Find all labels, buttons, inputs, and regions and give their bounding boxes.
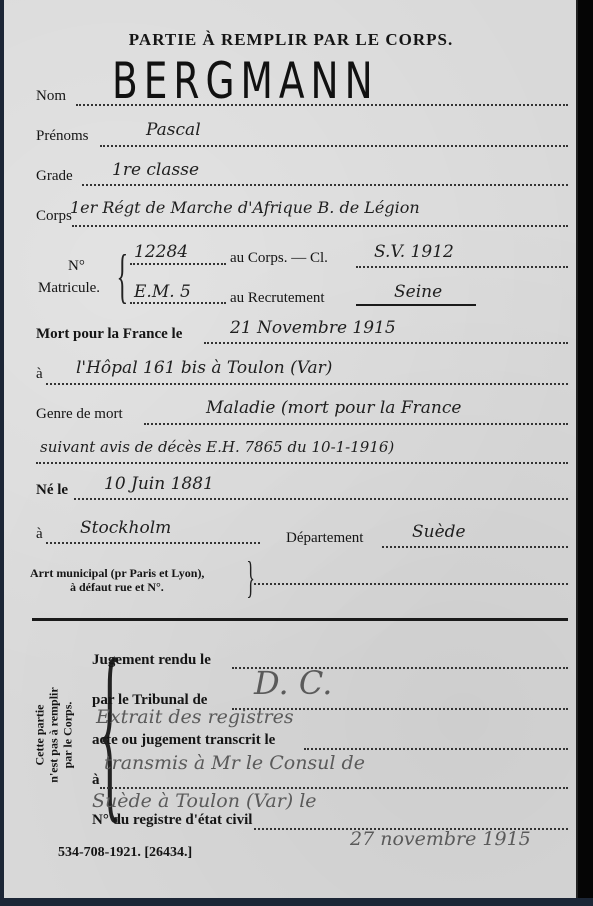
form-reference: 534-708-1921. [26434.] (58, 845, 192, 861)
ne-a-line (46, 542, 260, 544)
grade-label: Grade (36, 168, 73, 185)
corps-line (72, 225, 568, 227)
arrondissement-label-1: Arrt municipal (pr Paris et Lyon), (30, 566, 204, 581)
nom-label: Nom (36, 88, 66, 105)
departement-label: Département (286, 530, 363, 547)
jugement-label: Jugement rendu le (92, 652, 211, 669)
matricule-no-label: N° (68, 258, 85, 275)
genre-mort-line-2 (36, 462, 568, 464)
matricule-corps-label: au Corps. — Cl. (230, 250, 328, 267)
tribunal-value: D. C. (254, 664, 332, 702)
classe-line (356, 266, 568, 268)
form-header: PARTIE À REMPLIR PAR LE CORPS. (4, 30, 578, 50)
mort-a-label: à (36, 366, 43, 383)
ne-le-value: 10 Juin 1881 (104, 474, 214, 494)
genre-mort-label: Genre de mort (36, 406, 123, 423)
mort-le-label: Mort pour la France le (36, 326, 182, 343)
corps-value: 1er Régt de Marche d'Afrique B. de Légio… (70, 198, 420, 217)
mort-a-value: l'Hôpal 161 bis à Toulon (Var) (76, 358, 332, 378)
prenoms-line (100, 145, 568, 147)
prenoms-value: Pascal (146, 120, 201, 140)
matricule-label: Matricule. (38, 280, 100, 297)
death-record-card: PARTIE À REMPLIR PAR LE CORPS. Nom BERGM… (4, 0, 578, 898)
genre-mort-value-2: suivant avis de décès E.H. 7865 du 10-1-… (40, 438, 394, 456)
genre-mort-line (144, 423, 568, 425)
arrondissement-line (254, 583, 568, 585)
acte-value: Extrait des registres (96, 706, 294, 728)
departement-line (382, 546, 568, 548)
recrutement-no-value: E.M. 5 (134, 282, 191, 302)
mort-a-line (46, 383, 568, 385)
registre-label: N° du registre d'état civil (92, 812, 252, 829)
grade-value: 1re classe (112, 160, 199, 180)
acte-line (304, 748, 568, 750)
arrondissement-brace: } (246, 556, 254, 600)
side-note: Cette partie n'est pas à remplir par le … (24, 650, 84, 820)
recrutement-label: au Recrutement (230, 290, 325, 307)
recrutement-place: Seine (394, 282, 442, 302)
acte-label: acte ou jugement transcrit le (92, 732, 275, 749)
scan-edge (578, 0, 593, 898)
arrondissement-label-2: à défaut rue et N°. (70, 580, 164, 595)
classe-value: S.V. 1912 (374, 242, 454, 262)
a-continued: Suède à Toulon (Var) le (92, 790, 317, 812)
corps-label: Corps (36, 208, 72, 225)
prenoms-label: Prénoms (36, 128, 89, 145)
recrutement-no-line (130, 302, 226, 304)
ne-a-value: Stockholm (80, 518, 171, 538)
a-label: à (92, 772, 100, 789)
a-value: transmis à Mr le Consul de (104, 752, 365, 774)
date-note: 27 novembre 1915 (350, 828, 531, 850)
a-line (100, 787, 568, 789)
ne-le-label: Né le (36, 482, 68, 499)
recrutement-line (356, 304, 476, 306)
grade-line (82, 184, 568, 186)
matricule-brace: { (117, 246, 129, 306)
ne-a-label: à (36, 526, 43, 543)
matricule-corps-value: 12284 (134, 242, 188, 262)
departement-value: Suède (412, 522, 466, 542)
matricule-corps-line (130, 263, 226, 265)
genre-mort-value-1: Maladie (mort pour la France (206, 398, 461, 418)
ne-le-line (74, 498, 568, 500)
nom-value: BERGMANN (112, 52, 379, 110)
mort-le-line (204, 342, 568, 344)
mort-le-value: 21 Novembre 1915 (230, 318, 396, 338)
